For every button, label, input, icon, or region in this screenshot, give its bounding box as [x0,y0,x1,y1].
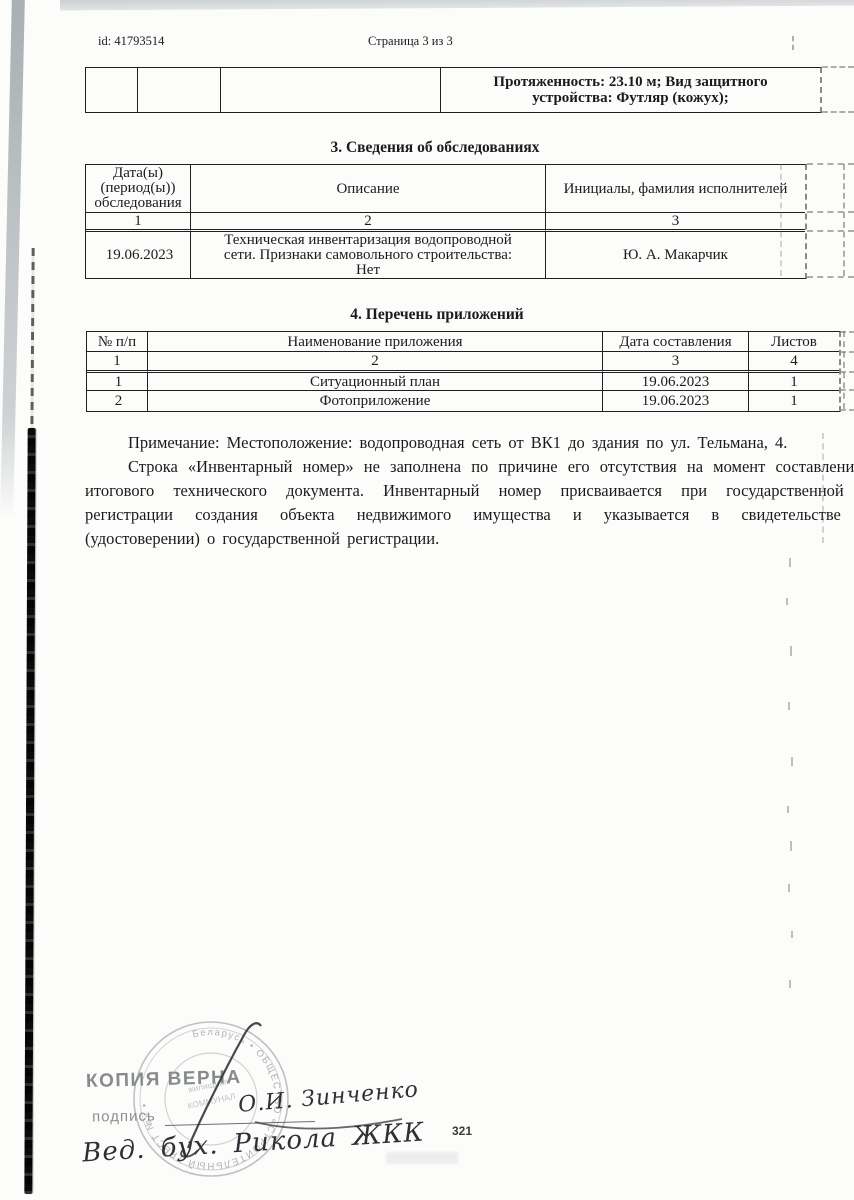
section4-header-date: Дата составления [603,332,749,352]
survey-description-cell: Техническая инвентаризация водопроводной… [191,232,546,278]
scan-dash [822,433,824,543]
notes-paragraph: Примечание: Местоположение: водопроводна… [85,431,854,555]
page-number: 321 [452,1124,472,1138]
scan-edge-left [0,0,25,519]
section4-colnum-3: 3 [603,352,749,373]
section4-header-name: Наименование приложения [148,332,603,352]
length-line-1: Протяженность: 23.10 м; Вид защитного [493,74,767,90]
cut-border-dash [807,276,854,278]
section4-colnum-4: 4 [749,352,839,373]
cut-border-dash [822,111,854,113]
scan-speck [789,980,791,988]
note-line-1: Примечание: Местоположение: водопроводна… [85,431,854,455]
top-table-fragment: Протяженность: 23.10 м; Вид защитного ус… [85,67,822,113]
page-header: Страница 3 из 3 [368,34,453,49]
top-table-empty-cell-1 [86,68,138,112]
section4-header-sheets: Листов [749,332,839,352]
document-id: id: 41793514 [98,34,164,49]
scan-speck [791,931,793,938]
section3-colnum-2: 2 [191,213,546,232]
scan-streak-black [24,428,35,1194]
scan-dash [780,164,782,276]
attachment-row-2-num: 2 [87,391,148,411]
stamp-inner-text-2: КОММУНАЛ [187,1091,237,1111]
attachment-row-2-name: Фотоприложение [148,391,603,411]
section4-header-num: № п/п [87,332,148,352]
attachment-row-2-date: 19.06.2023 [603,391,749,411]
scan-speck [788,884,790,892]
survey-executor-cell: Ю. А. Макарчик [546,232,805,278]
section3-col3-header: Инициалы, фамилия исполнителей [546,165,805,213]
attachment-row-1-date: 19.06.2023 [603,373,749,391]
scan-speck [789,558,791,567]
section4-table: № п/п Наименование приложения Дата соста… [86,331,841,412]
scan-speck [788,702,790,710]
scan-speck [790,841,792,851]
scan-smudge [386,1152,458,1164]
section4-colnum-1: 1 [87,352,148,373]
survey-desc-line3: Нет [356,263,380,278]
cut-border-dash [807,230,854,232]
attachment-row-1-name: Ситуационный план [148,373,603,391]
cut-border-dash [807,163,854,165]
note-line-3: итогового технического документа. Инвент… [85,479,854,503]
section3-colnum-3: 3 [546,213,805,232]
cut-border-dash [822,66,854,68]
copy-correct-stamp: КОПИЯ ВЕРНА [86,1067,242,1093]
scan-dash [792,36,794,50]
attachment-row-1-sheets: 1 [749,373,839,391]
attachment-row-2-sheets: 1 [749,391,839,411]
section4-title: 4. Перечень приложений [85,306,789,324]
section4-colnum-2: 2 [148,352,603,373]
length-line-2: устройства: Футляр (кожух); [532,90,729,106]
note-line-5: (удостоверении) о государственной регист… [85,527,854,551]
scan-speck [786,598,788,605]
survey-date-cell: 19.06.2023 [86,232,191,278]
top-table-empty-cell-2 [138,68,221,112]
section3-table: Дата(ы) (период(ы)) обследования Описани… [85,164,807,279]
survey-desc-line2: сети. Признаки самовольного строительств… [224,248,512,263]
signature-label: подпись [92,1107,156,1125]
scan-streak-thin [30,248,34,440]
cut-border-dash [841,409,854,411]
scan-speck [787,806,789,813]
scanned-document-page: id: 41793514 Страница 3 из 3 Протяженнос… [0,0,854,1200]
top-table-value-cell: Протяженность: 23.10 м; Вид защитного ус… [441,68,820,112]
scan-speck [791,757,793,766]
section3-col1-header: Дата(ы) (период(ы)) обследования [86,165,191,213]
note-line-2: Строка «Инвентарный номер» не заполнена … [85,455,854,479]
section3-col2-header: Описание [191,165,546,213]
note-line-4: регистрации создания объекта недвижимого… [85,503,854,527]
scan-speck [790,646,792,656]
attachment-row-1-num: 1 [87,373,148,391]
cut-border-dash [807,211,854,213]
section3-title: 3. Сведения об обследованиях [85,139,785,157]
top-table-empty-cell-3 [221,68,441,112]
scan-edge-top [60,0,854,10]
section3-colnum-1: 1 [86,213,191,232]
scan-dash [843,331,845,409]
survey-desc-line1: Техническая инвентаризация водопроводной [224,233,512,248]
scan-dash [843,164,845,276]
